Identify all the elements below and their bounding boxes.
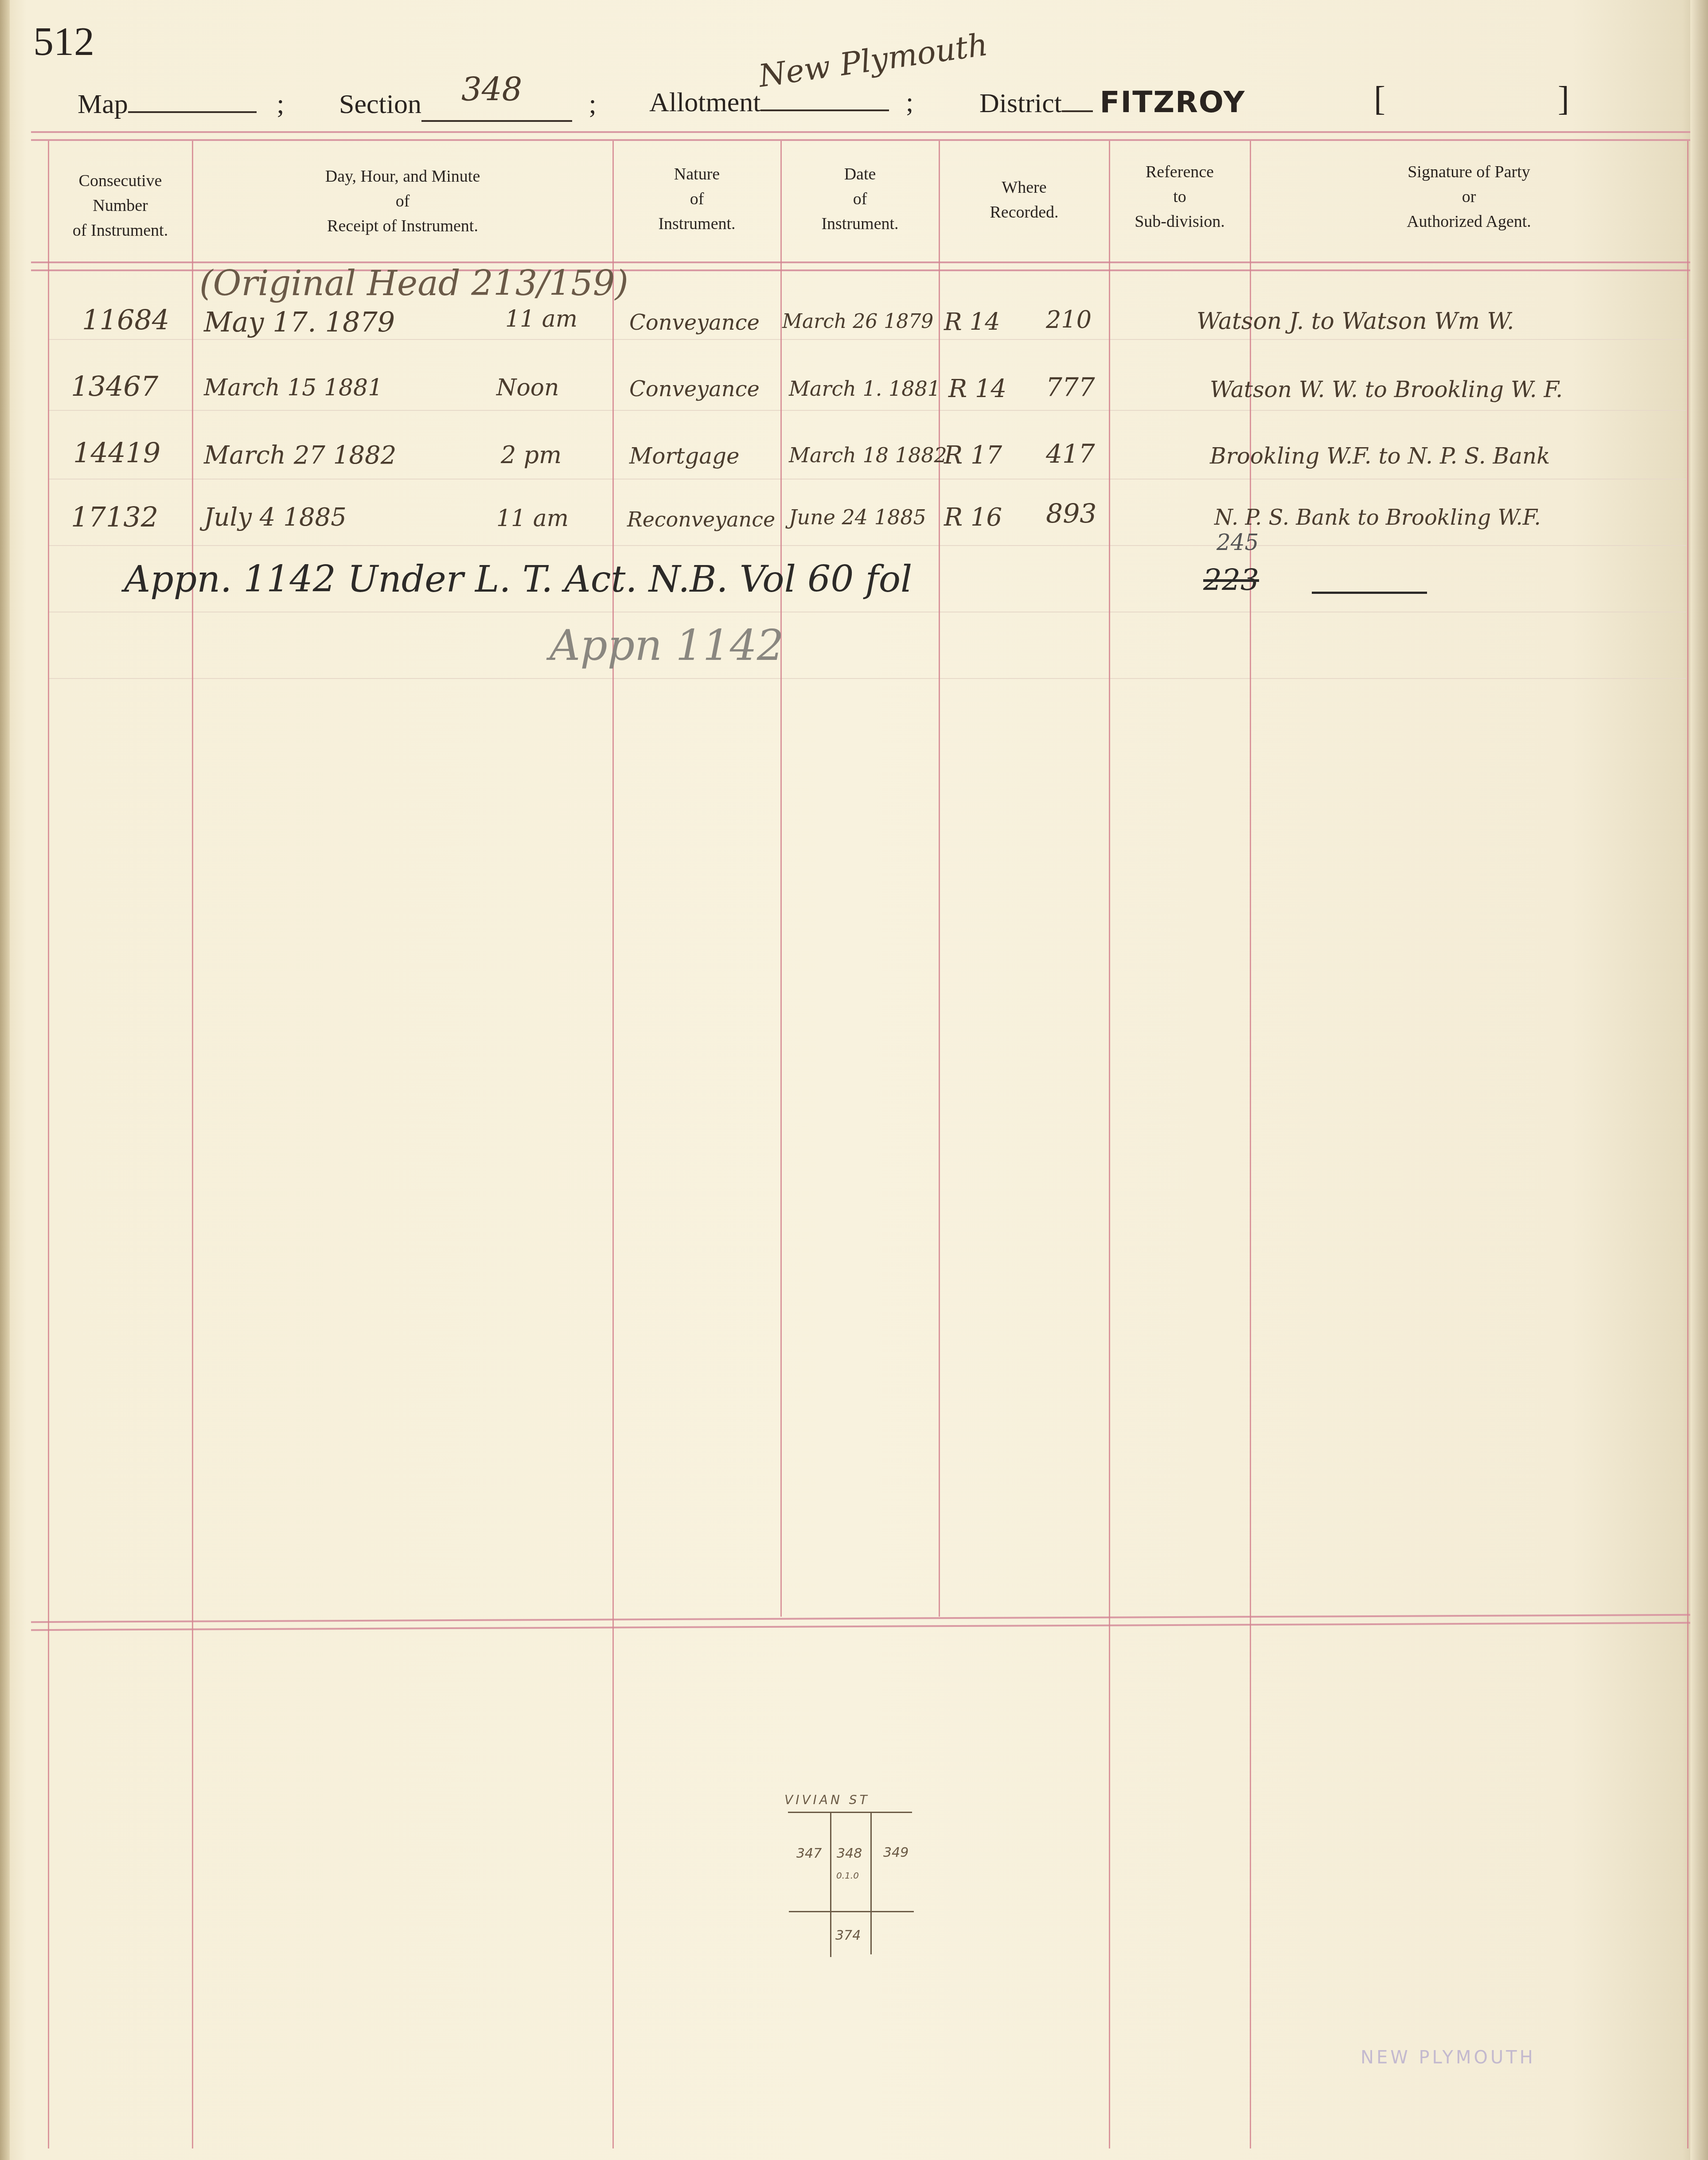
row1-where-folio: 210 — [1046, 306, 1092, 334]
lot-349: 349 — [883, 1845, 909, 1860]
row1-number: 11684 — [82, 304, 169, 336]
row4-where-book: R 16 — [944, 503, 1002, 532]
column-divider — [1109, 141, 1110, 2148]
allotment-label: Allotment — [649, 87, 760, 117]
header-line: Recorded. — [940, 200, 1109, 225]
row2-receipt-time: Noon — [496, 374, 559, 401]
allotment-field: Allotment ; — [649, 87, 913, 118]
section-label: Section — [339, 89, 421, 119]
header-top-rule — [31, 131, 1690, 141]
row3-parties: Brookling W.F. to N. P. S. Bank — [1210, 443, 1550, 469]
district-label: District — [979, 88, 1062, 118]
row2-instrument-date: March 1. 1881 — [789, 377, 940, 401]
header-line: Signature of Party — [1251, 160, 1687, 184]
lot-348: 348 — [837, 1846, 862, 1861]
row2-receipt-date: March 15 1881 — [204, 374, 382, 401]
row3-receipt-date: March 27 1882 — [204, 441, 396, 470]
page-edge — [1690, 0, 1708, 2160]
header-line: Nature — [613, 162, 780, 187]
row1-parties: Watson J. to Watson Wm W. — [1197, 308, 1514, 335]
ledger-rule — [49, 479, 1686, 480]
allotment-annotation: New Plymouth — [757, 26, 990, 94]
lot-boundary — [830, 1812, 831, 1891]
map-label: Map — [78, 89, 128, 119]
row4-where-folio: 893 — [1046, 499, 1097, 530]
ledger-rule — [49, 339, 1686, 340]
separator: ; — [906, 87, 913, 117]
column-header-consecutive-number: Consecutive Number of Instrument. — [49, 168, 192, 243]
bracket-open: [ — [1374, 79, 1385, 119]
header-line: Number — [49, 193, 192, 218]
row3-instrument-date: March 18 1882 — [789, 443, 947, 467]
pencil-application-note: Appn 1142 — [550, 620, 784, 670]
header-line: Instrument. — [613, 211, 780, 236]
row2-where-folio: 777 — [1046, 372, 1095, 402]
header-line: of Instrument. — [49, 218, 192, 243]
faded-stamp: NEW PLYMOUTH — [1361, 2047, 1536, 2068]
row2-number: 13467 — [71, 370, 158, 402]
row4-receipt-date: July 4 1885 — [204, 503, 347, 532]
page-number: 512 — [33, 18, 94, 65]
column-header-date: Date of Instrument. — [781, 162, 939, 236]
separator: ; — [277, 89, 284, 119]
column-divider — [1250, 141, 1251, 2148]
row4-instrument-date: June 24 1885 — [789, 505, 926, 529]
row4-number: 17132 — [71, 501, 158, 533]
map-field: Map ; — [78, 89, 284, 120]
street-line — [788, 1812, 912, 1813]
lot-boundary — [870, 1888, 872, 1954]
lot-347: 347 — [796, 1846, 822, 1861]
header-line: to — [1110, 184, 1250, 209]
map-value — [128, 111, 257, 113]
lot-boundary — [830, 1891, 831, 1957]
section-value: 348 — [461, 71, 522, 108]
row1-receipt-date: May 17. 1879 — [204, 306, 395, 338]
row1-where-book: R 14 — [944, 308, 1000, 336]
header-line: Where — [940, 175, 1109, 200]
header-line: of — [193, 189, 612, 214]
page-bottom-rule — [31, 1614, 1690, 1631]
header-line: Reference — [1110, 160, 1250, 184]
district-blank — [1062, 110, 1093, 112]
row4-nature: Reconveyance — [627, 507, 775, 531]
allotment-value — [760, 109, 889, 111]
land-transfer-note: Appn. 1142 Under L. T. Act. N.B. Vol 60 … — [124, 558, 912, 600]
header-line: of — [781, 187, 939, 211]
header-line: Day, Hour, and Minute — [193, 164, 612, 189]
district-value: FITZROY — [1100, 85, 1245, 119]
street-label: VIVIAN ST — [784, 1793, 870, 1807]
lot-boundary — [789, 1911, 914, 1912]
ink-dash — [1312, 592, 1427, 594]
row3-receipt-time: 2 pm — [501, 441, 562, 469]
row3-where-folio: 417 — [1046, 439, 1095, 469]
column-header-nature: Nature of Instrument. — [613, 162, 780, 236]
row2-where-book: R 14 — [948, 374, 1006, 403]
row2-parties: Watson W. W. to Brookling W. F. — [1210, 377, 1563, 402]
lot-boundary — [870, 1812, 872, 1888]
column-header-signature: Signature of Party or Authorized Agent. — [1251, 160, 1687, 234]
header-line: Date — [781, 162, 939, 187]
ledger-rule — [49, 545, 1686, 546]
struck-folio: 223 — [1203, 563, 1259, 597]
row3-nature: Mortgage — [629, 443, 740, 469]
row2-nature: Conveyance — [629, 377, 760, 402]
column-header-receipt: Day, Hour, and Minute of Receipt of Inst… — [193, 164, 612, 238]
bracket-close: ] — [1558, 79, 1569, 119]
lot-area: 0.1.0 — [836, 1870, 859, 1881]
header-line: Consecutive — [49, 168, 192, 193]
row4-receipt-time: 11 am — [496, 505, 569, 532]
header-line: or — [1251, 184, 1687, 209]
row3-where-book: R 17 — [944, 441, 1002, 470]
column-divider — [612, 141, 614, 2148]
column-divider — [780, 141, 782, 1617]
row1-receipt-time: 11 am — [505, 306, 577, 332]
column-divider — [192, 141, 193, 2148]
column-header-reference: Reference to Sub-division. — [1110, 160, 1250, 234]
district-field: District FITZROY — [979, 85, 1245, 119]
row1-nature: Conveyance — [629, 310, 760, 335]
corrected-folio: 245 — [1217, 530, 1259, 555]
column-divider — [48, 141, 49, 2148]
section-field: Section348 ; — [339, 89, 597, 122]
lot-374: 374 — [835, 1928, 861, 1943]
header-line: of — [613, 187, 780, 211]
header-line: Authorized Agent. — [1251, 209, 1687, 234]
ledger-rule — [49, 678, 1686, 679]
header-line: Instrument. — [781, 211, 939, 236]
ledger-rule — [49, 410, 1686, 411]
row4-parties: N. P. S. Bank to Brookling W.F. — [1214, 505, 1541, 530]
header-line: Receipt of Instrument. — [193, 214, 612, 238]
ledger-rule — [49, 612, 1686, 612]
column-divider — [1687, 141, 1689, 2148]
header-line: Sub-division. — [1110, 209, 1250, 234]
row3-number: 14419 — [73, 437, 160, 469]
row1-instrument-date: March 26 1879 — [782, 310, 933, 333]
separator: ; — [589, 89, 596, 119]
column-header-where-recorded: Where Recorded. — [940, 175, 1109, 225]
book-spine — [0, 0, 10, 2160]
original-head-note: (Original Head 213/159) — [199, 264, 628, 304]
column-divider — [939, 141, 940, 1617]
section-value-blank: 348 — [421, 89, 572, 122]
